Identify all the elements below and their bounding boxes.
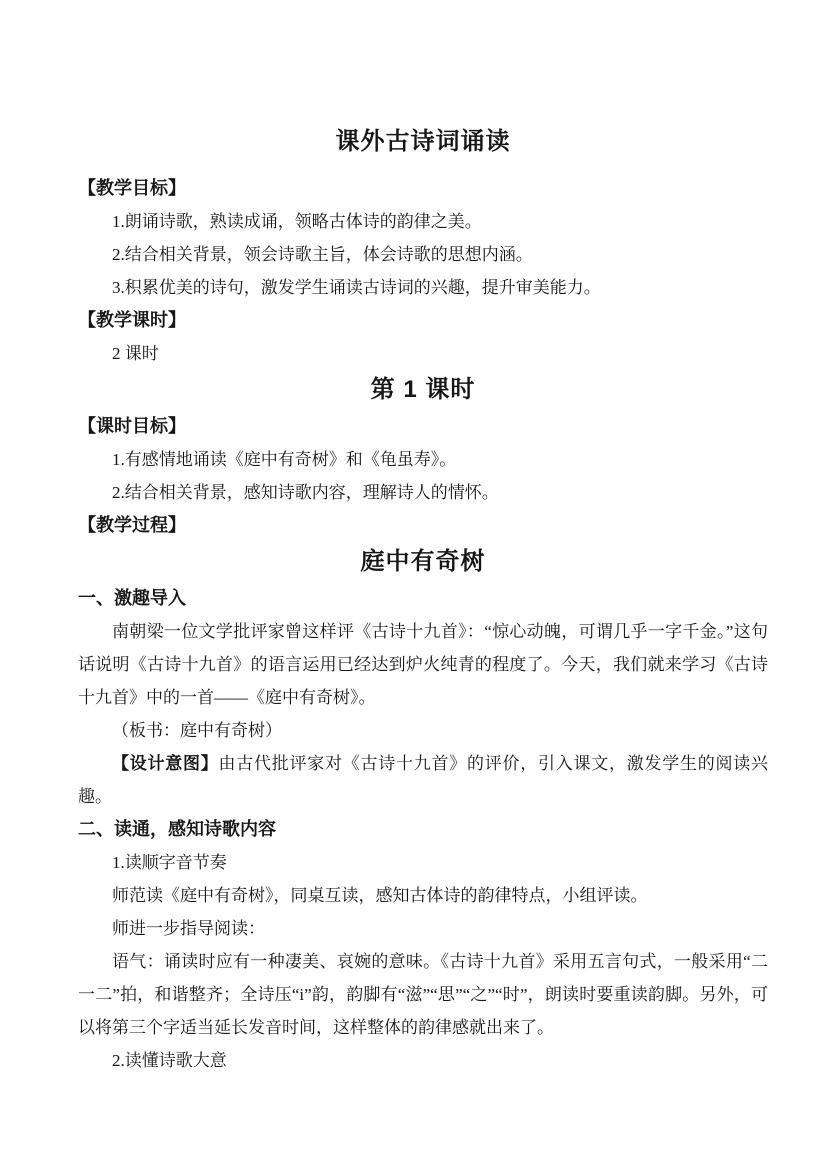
heading-part1-introduction: 一、激趣导入 bbox=[78, 582, 768, 615]
design-intent-paragraph: 【设计意图】由古代批评家对《古诗十九首》的评价，引入课文，激发学生的阅读兴趣。 bbox=[78, 747, 768, 813]
heading-lesson-goals: 【课时目标】 bbox=[78, 410, 768, 443]
teaching-periods-value: 2 课时 bbox=[78, 337, 768, 370]
heading-lesson-1: 第 1 课时 bbox=[78, 370, 768, 410]
teaching-goal-item: 1.朗诵诗歌，熟读成诵，领略古体诗的韵律之美。 bbox=[78, 205, 768, 238]
part2-item: 师范读《庭中有奇树》，同桌互读，感知古体诗的韵律特点，小组评读。 bbox=[78, 879, 768, 912]
teaching-goal-item: 3.积累优美的诗句，激发学生诵读古诗词的兴趣，提升审美能力。 bbox=[78, 271, 768, 304]
teaching-goal-item: 2.结合相关背景，领会诗歌主旨，体会诗歌的思想内涵。 bbox=[78, 238, 768, 271]
lesson-goal-item: 1.有感情地诵读《庭中有奇树》和《龟虽寿》。 bbox=[78, 443, 768, 476]
part2-item: 2.读懂诗歌大意 bbox=[78, 1044, 768, 1077]
heading-part2-reading: 二、读通，感知诗歌内容 bbox=[78, 813, 768, 846]
document-title: 课外古诗词诵读 bbox=[78, 122, 768, 162]
lesson-goal-item: 2.结合相关背景，感知诗歌内容，理解诗人的情怀。 bbox=[78, 476, 768, 509]
part2-item: 师进一步指导阅读： bbox=[78, 912, 768, 945]
part1-board-note: （板书：庭中有奇树） bbox=[78, 714, 768, 747]
part2-item: 语气：诵读时应有一种凄美、哀婉的意味。《古诗十九首》采用五言句式，一般采用“二一… bbox=[78, 945, 768, 1044]
poem-title: 庭中有奇树 bbox=[78, 542, 768, 582]
part1-paragraph: 南朝梁一位文学批评家曾这样评《古诗十九首》：“惊心动魄，可谓几乎一字千金。”这句… bbox=[78, 615, 768, 714]
heading-teaching-goals: 【教学目标】 bbox=[78, 172, 768, 205]
part2-item: 1.读顺字音节奏 bbox=[78, 846, 768, 879]
design-intent-label: 【设计意图】 bbox=[112, 754, 219, 773]
heading-teaching-periods: 【教学课时】 bbox=[78, 304, 768, 337]
heading-teaching-process: 【教学过程】 bbox=[78, 509, 768, 542]
document-page: 课外古诗词诵读 【教学目标】 1.朗诵诗歌，熟读成诵，领略古体诗的韵律之美。 2… bbox=[0, 0, 827, 1169]
